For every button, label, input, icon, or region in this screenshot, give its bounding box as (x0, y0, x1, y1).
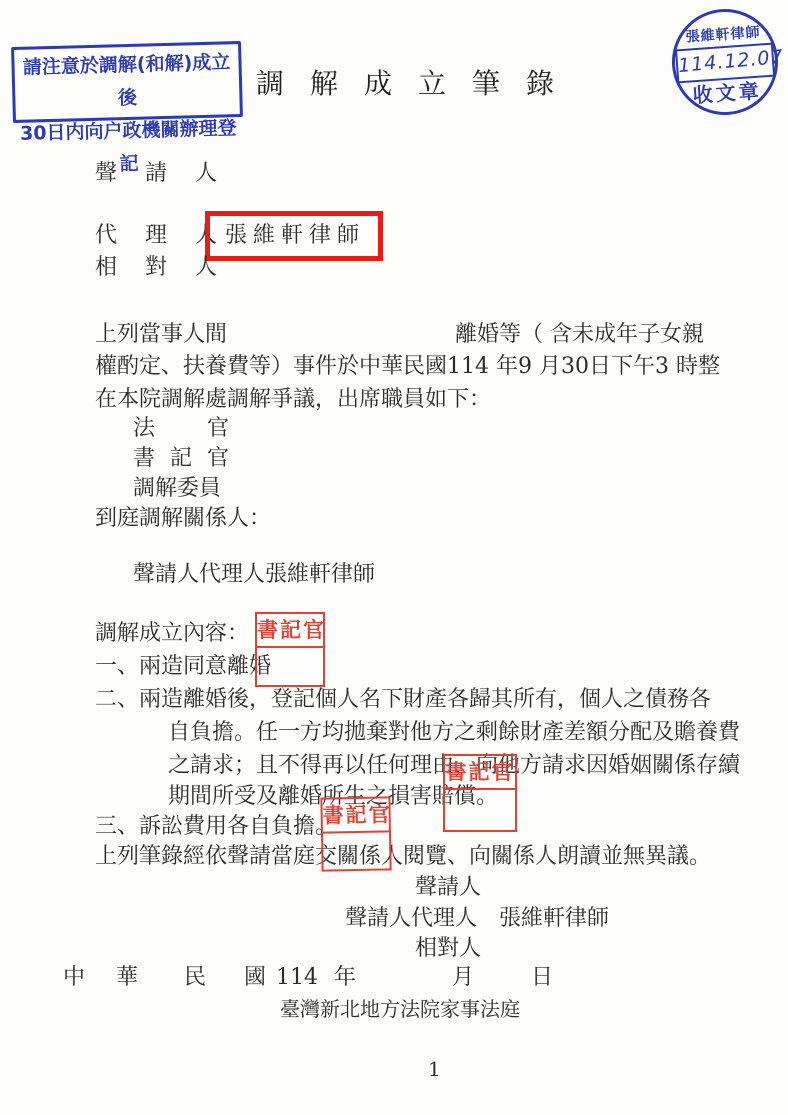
date-token-month: 月 (452, 961, 474, 994)
agent-name: 張維軒律師 (210, 216, 378, 256)
document-title: 調解成立筆錄 (256, 62, 580, 102)
scanned-document-page: 請注意於調解(和解)成立後 30日内向户政機關辦理登記 調解成立筆錄 張維軒律師… (0, 0, 788, 1115)
registration-notice-stamp: 請注意於調解(和解)成立後 30日内向户政機關辦理登記 (11, 41, 243, 123)
case-line2: 權酌定、扶養費等）事件於中華民國114 年9 月30日下午3 時整 (95, 350, 720, 383)
clerk-seal-stamp-1: 書記官 (255, 612, 325, 687)
agreement-item2-line1: 二、兩造離婚後，登記個人名下財產各歸其所有，個人之債務各 (95, 683, 711, 716)
clerk-seal-3-label: 書記官 (322, 798, 389, 833)
mediator-label: 調解委員 (133, 472, 221, 505)
present-persons-label: 到庭調解關係人： (95, 502, 271, 535)
notice-stamp-line1: 請注意於調解(和解)成立後 (14, 46, 240, 118)
receipt-stamp-label: 收文章 (676, 73, 778, 109)
date-token-year-value: 114 (276, 961, 318, 994)
judge-label: 法官 (133, 412, 281, 445)
clerk-seal-2-label: 書記官 (445, 756, 515, 790)
date-token-day: 日 (531, 961, 553, 994)
lawyer-receipt-stamp: 張維軒律師 114.12.07 收文章 (668, 5, 781, 118)
case-line1-left: 上列當事人間 (95, 318, 227, 351)
clerk-seal-2-signature-area (445, 790, 515, 864)
closing-statement: 上列筆錄經依聲請當庭交關係人閱覽、向關係人朗讀並無異議。 (95, 840, 711, 873)
agreement-item2-line2: 自負擔。任一方均拋棄對他方之剩餘財產差額分配及贍養費 (168, 716, 740, 749)
clerk-seal-stamp-2: 書記官 (443, 754, 517, 832)
clerk-seal-1-signature-area (257, 648, 323, 719)
respondent-label: 相對人 (95, 251, 245, 284)
agreement-item3: 三、訴訟費用各自負擔。 (95, 810, 337, 843)
case-line1-right: 離婚等（ 含未成年子女親 (455, 318, 704, 351)
date-token-min: 民 (184, 961, 206, 994)
signature-agent: 聲請人代理人 張維軒律師 (345, 902, 609, 935)
agreement-item1: 一、兩造同意離婚 (95, 650, 271, 683)
clerk-seal-3-signature-area (323, 832, 390, 903)
page-number: 1 (428, 1053, 441, 1086)
signature-applicant: 聲請人 (415, 871, 481, 904)
clerk-seal-1-label: 書記官 (257, 614, 323, 648)
date-token-guo: 國 (244, 961, 266, 994)
clerk-seal-stamp-3: 書記官 (320, 796, 391, 871)
date-token-year: 年 (334, 961, 356, 994)
clerk-label: 書記官 (133, 442, 244, 475)
present-person: 聲請人代理人張維軒律師 (133, 558, 375, 591)
court-name: 臺灣新北地方法院家事法庭 (280, 993, 520, 1026)
date-token-zhong: 中 (63, 961, 85, 994)
agreement-heading: 調解成立內容： (95, 617, 249, 650)
date-token-hua: 華 (116, 961, 138, 994)
applicant-label: 聲請人 (95, 157, 245, 190)
